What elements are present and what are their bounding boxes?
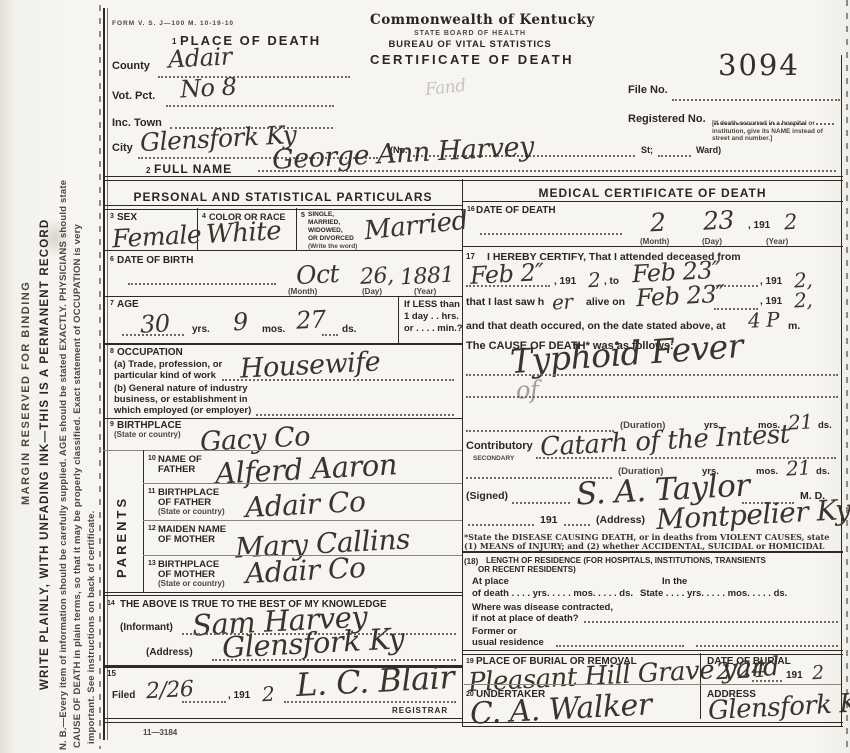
residence-state: State . . . . yrs. . . . . mos. . . . . …: [640, 588, 787, 599]
residence-title2: OR RECENT RESIDENTS): [478, 565, 576, 574]
precinct-line: [166, 105, 334, 107]
age-number: 7: [110, 300, 114, 307]
filed-number: 15: [107, 669, 116, 678]
perforation-left: [99, 5, 101, 749]
margin-nb-note-line2: CAUSE OF DEATH in plain terms, so that i…: [72, 224, 83, 748]
residence-where2: if not at place of death?: [472, 613, 579, 624]
residence-former-line2: [696, 645, 838, 647]
filed-line1: [182, 701, 226, 703]
less-than-label-2: 1 day . . hrs.: [404, 311, 459, 322]
sex-label: SEX: [117, 212, 137, 223]
left-bottom-rule2: [103, 722, 462, 723]
attended-from-year-print: , 191: [554, 276, 576, 287]
column-divider: [462, 179, 463, 726]
dob-number: 6: [110, 256, 114, 263]
marital-number: 5: [301, 212, 305, 219]
age-years-value: 30: [139, 309, 170, 339]
margin-binding-note: MARGIN RESERVED FOR BINDING: [20, 281, 32, 505]
file-no-value: 3094: [718, 48, 800, 82]
form-left-border-inner: [107, 8, 108, 740]
section2-number: 2: [146, 166, 150, 175]
attended-to-label: , to: [604, 276, 619, 287]
sex-value: Female: [111, 220, 202, 254]
dod-day-value: 23: [702, 205, 734, 236]
dod-bottom-rule: [462, 246, 843, 247]
residence-title1: LENGTH OF RESIDENCE (FOR HOSPITALS, INST…: [486, 556, 766, 565]
personal-title-rule2: [103, 209, 462, 210]
marital-label-1: SINGLE,: [308, 211, 334, 218]
filed-year-value: 2: [261, 682, 274, 707]
address-line1: [468, 524, 534, 526]
age-label: AGE: [117, 299, 139, 310]
death-certificate-scan: MARGIN RESERVED FOR BINDING WRITE PLAINL…: [0, 0, 850, 753]
medical-title-rule: [462, 201, 843, 202]
occupation-b-label2: business, or establishment in: [114, 394, 248, 405]
burial-year-print: 191: [786, 670, 803, 681]
dob-day-value: 26,: [359, 263, 394, 290]
medical-section-title: MEDICAL CERTIFICATE OF DEATH: [462, 186, 843, 200]
form-left-border: [103, 8, 105, 740]
residence-bottom-rule2: [462, 654, 843, 655]
residence-at-place1: At place: [472, 576, 509, 587]
form-number: FORM V. S. J—100 M. 10-19-10: [112, 20, 234, 27]
address-year-print: 191: [540, 514, 558, 526]
last-saw-mid: alive on: [586, 296, 625, 308]
parents-label: PARENTS: [114, 496, 129, 578]
footnote-line2: (1) MEANS of INJURY; and (2) whether ACC…: [464, 541, 824, 551]
marital-label-4: OR DIVORCED: [308, 235, 354, 242]
age-line2: [322, 334, 338, 336]
occupation-b-label3: which employed (or employer): [114, 405, 251, 416]
dod-month-value: 2: [649, 208, 666, 238]
last-saw-date: Feb 23″: [635, 280, 725, 313]
mother-birthplace-number: 13: [148, 560, 156, 567]
header-rule-2: [103, 180, 843, 181]
signed-line1: [512, 502, 570, 504]
personal-title-rule1: [103, 205, 462, 206]
attended-to-year-print: , 191: [760, 276, 782, 287]
contributory-label: Contributory: [466, 440, 533, 452]
institution-note: [If death occurred in a hospital or inst…: [712, 120, 840, 143]
age-yrs-label: yrs.: [192, 324, 210, 335]
right-bottom-rule2: [462, 726, 843, 727]
dod-year-print: , 191: [748, 220, 770, 231]
occupation-a-label2: particular kind of work: [114, 370, 216, 381]
margin-nb-note-line3: important. See instructions on back of c…: [86, 511, 97, 745]
dod-sub-month: (Month): [640, 237, 669, 246]
bureau-subtitle: BUREAU OF VITAL STATISTICS: [370, 39, 570, 50]
last-saw-her: er: [551, 289, 573, 314]
occupation-a-label1: (a) Trade, profession, or: [114, 359, 222, 370]
birthplace-number: 9: [110, 421, 114, 428]
file-no-label: File No.: [628, 84, 668, 96]
margin-nb-note-line1: N. B.—Every item of information should b…: [58, 180, 69, 750]
occupation-b-line: [256, 414, 454, 416]
county-value: Adair: [167, 42, 232, 73]
informant-label: (Informant): [120, 622, 173, 633]
full-name-label: FULL NAME: [154, 162, 232, 176]
row1-divider2: [296, 208, 297, 250]
occupation-label: OCCUPATION: [117, 347, 183, 358]
registered-no-label: Registered No.: [628, 113, 706, 125]
age-months-value: 9: [232, 308, 248, 337]
right-bottom-rule1: [462, 722, 843, 723]
marital-label-2: MARRIED,: [308, 219, 340, 226]
residence-where-line: [584, 621, 838, 623]
death-time-value: 4 P: [747, 307, 779, 333]
dob-sub-year: (Year): [414, 287, 436, 296]
father-name-rule: [143, 483, 462, 484]
birthplace-sub-label: (State or country): [114, 430, 181, 439]
form-code: 11—3184: [143, 728, 177, 737]
personal-section-title: PERSONAL AND STATISTICAL PARTICULARS: [104, 190, 462, 204]
death-m-label: m.: [788, 320, 800, 332]
residence-at-place2: of death . . . . yrs. . . . . mos. . . .…: [472, 588, 633, 599]
dod-number: 16: [467, 206, 475, 213]
age-days-value: 27: [295, 305, 326, 335]
duration2-mos-label: mos.: [756, 466, 778, 477]
marital-value: Married: [363, 206, 469, 247]
dob-sub-month: (Month): [288, 287, 317, 296]
cause-line2: [466, 396, 838, 398]
attest-number: 14: [107, 600, 115, 607]
last-saw-pre: that I last saw h: [466, 296, 544, 308]
residence-bottom-rule1: [462, 650, 843, 651]
residence-in-the: In the: [662, 576, 687, 587]
mother-name-label2: OF MOTHER: [158, 534, 215, 545]
commonwealth-title: Commonwealth of Kentucky: [370, 12, 570, 28]
form-right-border: [841, 55, 842, 726]
dob-label: DATE OF BIRTH: [117, 255, 193, 266]
signed-label: (Signed): [466, 490, 508, 502]
last-saw-year: 2,: [793, 288, 812, 313]
dob-sub-day: (Day): [362, 287, 382, 296]
residence-former-line1: [556, 645, 684, 647]
race-value: White: [205, 216, 282, 250]
age-ds-label: ds.: [342, 324, 356, 335]
dob-line: [128, 283, 276, 285]
sex-number: 3: [110, 213, 114, 220]
less-than-label-1: If LESS than: [404, 299, 460, 310]
filed-label: Filed: [112, 690, 135, 701]
filed-line2: [284, 701, 456, 703]
precinct-value: No 8: [179, 73, 237, 104]
full-name-line: [258, 170, 836, 172]
registrar-label: REGISTRAR: [392, 706, 448, 715]
st-label: St;: [641, 145, 653, 155]
certify-number: 17: [466, 252, 475, 261]
duration2-ds-label: ds.: [816, 466, 830, 477]
duration2-days-value: 21: [785, 455, 811, 480]
father-name-number: 10: [148, 455, 156, 462]
burial-rule: [464, 684, 841, 685]
address-line2: [564, 524, 590, 526]
state-board-subtitle: STATE BOARD OF HEALTH: [370, 30, 570, 37]
st-line: [658, 155, 691, 157]
occupation-b-label1: (b) General nature of industry: [114, 383, 248, 394]
father-birthplace-rule: [143, 520, 462, 521]
age-bottom-rule: [103, 343, 462, 345]
file-no-line: [672, 99, 840, 101]
certificate-of-death-title: CERTIFICATE OF DEATH: [370, 52, 570, 67]
cause-continuation: of: [515, 375, 539, 404]
header-rule-1: [103, 176, 843, 177]
county-label: County: [112, 60, 150, 72]
dod-line1: [480, 233, 622, 235]
father-name-label2: FATHER: [158, 464, 195, 475]
precinct-label: Vot. Pct.: [112, 90, 155, 102]
attended-from-year: 2: [587, 268, 600, 293]
dod-sub-day: (Day): [702, 237, 722, 246]
city-label: City: [112, 142, 133, 154]
dob-bottom-rule: [103, 296, 462, 297]
father-birthplace-label3: (State or country): [158, 507, 225, 516]
parents-bottom-rule1: [103, 592, 462, 593]
mother-name-number: 12: [148, 525, 156, 532]
residence-number: (18): [464, 557, 478, 566]
footnote-rule: [462, 551, 843, 553]
occupation-number: 8: [110, 348, 114, 355]
marital-label-5: (Write the word): [308, 243, 357, 250]
informant-address-label: (Address): [146, 647, 193, 658]
parents-cell-divider: [143, 450, 144, 592]
marital-label-3: WIDOWED,: [308, 227, 343, 234]
mother-birthplace-label3: (State or country): [158, 579, 225, 588]
dod-label: DATE OF DEATH: [476, 205, 556, 216]
pencil-annotation: Fand: [424, 76, 466, 100]
left-bottom-rule1: [103, 718, 462, 719]
residence-former1: Former or: [472, 626, 517, 637]
dob-month-value: Oct: [295, 259, 340, 290]
occupation-a-line: [222, 379, 454, 381]
less-than-label-3: or . . . . min.?: [404, 323, 463, 334]
age-mos-label: mos.: [262, 324, 285, 335]
burial-year-value: 2: [811, 662, 824, 685]
ward-label: Ward): [696, 145, 721, 155]
residence-where1: Where was disease contracted,: [472, 602, 613, 613]
mother-birthplace-value: Adair Co: [244, 551, 366, 590]
residence-former2: usual residence: [472, 637, 544, 648]
perforation-right: [846, 0, 848, 753]
birthplace-bottom-rule: [103, 450, 462, 451]
dod-year-value: 2: [783, 210, 797, 235]
burial-number: 19: [466, 658, 474, 665]
attended-from-line: [466, 285, 550, 287]
secondary-label: SECONDARY: [473, 455, 514, 462]
registrar-signature: L. C. Blair: [295, 658, 455, 704]
dod-sub-year: (Year): [766, 237, 788, 246]
age-cell-divider: [398, 296, 399, 343]
physician-address-label: (Address): [596, 514, 645, 526]
margin-write-plainly-note: WRITE PLAINLY, WITH UNFADING INK—THIS IS…: [39, 219, 51, 690]
parents-bottom-rule2: [103, 595, 462, 596]
filed-year-print: , 191: [228, 690, 250, 701]
cause-of-death-value: Typhoid Fever: [509, 326, 744, 381]
last-saw-year-print: , 191: [760, 296, 782, 307]
duration1-days-value: 21: [787, 409, 813, 434]
duration1-ds-label: ds.: [818, 420, 832, 431]
occupation-bottom-rule: [103, 418, 462, 419]
father-birthplace-value: Adair Co: [244, 485, 366, 524]
father-birthplace-number: 11: [148, 488, 155, 495]
burial-date-line: [752, 680, 782, 682]
